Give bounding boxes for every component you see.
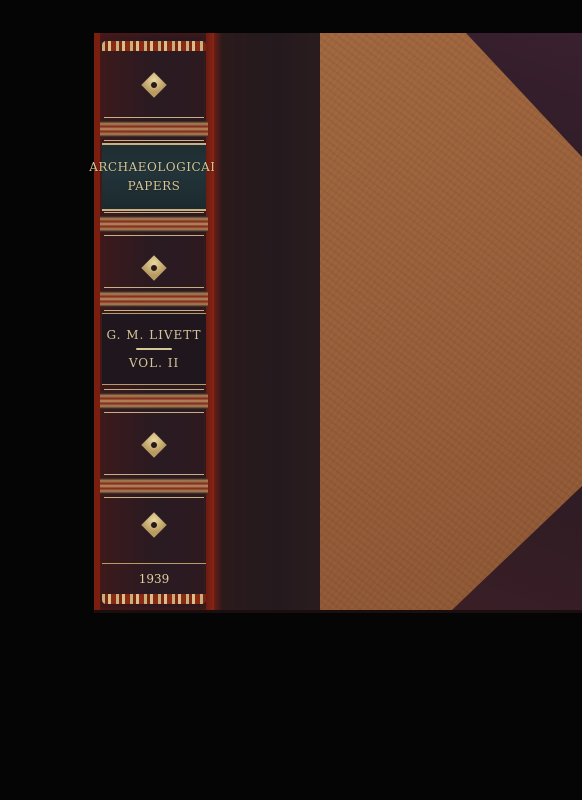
title-line-1: ARCHAEOLOGICAL: [89, 158, 219, 177]
title-label: ARCHAEOLOGICAL PAPERS: [102, 143, 206, 211]
book: ARCHAEOLOGICAL PAPERS G. M. LIVETT VOL. …: [94, 33, 582, 610]
pebbled-cloth-board: [320, 33, 582, 610]
spine-panel-3: [102, 415, 206, 475]
title-line-2: PAPERS: [128, 177, 181, 196]
raised-band: [100, 478, 208, 494]
raised-band: [100, 393, 208, 409]
year-label: 1939: [102, 563, 206, 595]
spine-right-edge: [206, 33, 214, 610]
book-spine: ARCHAEOLOGICAL PAPERS G. M. LIVETT VOL. …: [94, 33, 214, 610]
spine-panel-2: [102, 238, 206, 298]
author-label: G. M. LIVETT VOL. II: [102, 313, 206, 385]
front-cover: [214, 33, 582, 610]
raised-band: [100, 291, 208, 307]
raised-band: [100, 216, 208, 232]
raised-band: [100, 121, 208, 137]
author-name: G. M. LIVETT: [106, 328, 201, 342]
volume-number: VOL. II: [129, 356, 179, 370]
spine-left-edge: [94, 33, 100, 610]
publication-year: 1939: [139, 572, 170, 586]
gilt-tooling-bottom: [102, 594, 206, 604]
book-bottom-edge: [94, 610, 582, 613]
fleuron-icon: [141, 255, 166, 280]
fleuron-icon: [141, 432, 166, 457]
spine-panel-1: [102, 55, 206, 115]
gilt-tooling-top: [102, 41, 206, 51]
gilt-rule: [136, 348, 172, 350]
fleuron-icon: [141, 512, 166, 537]
leather-spine-strip: [214, 33, 320, 610]
fleuron-icon: [141, 72, 166, 97]
spine-panel-4: [102, 500, 206, 550]
